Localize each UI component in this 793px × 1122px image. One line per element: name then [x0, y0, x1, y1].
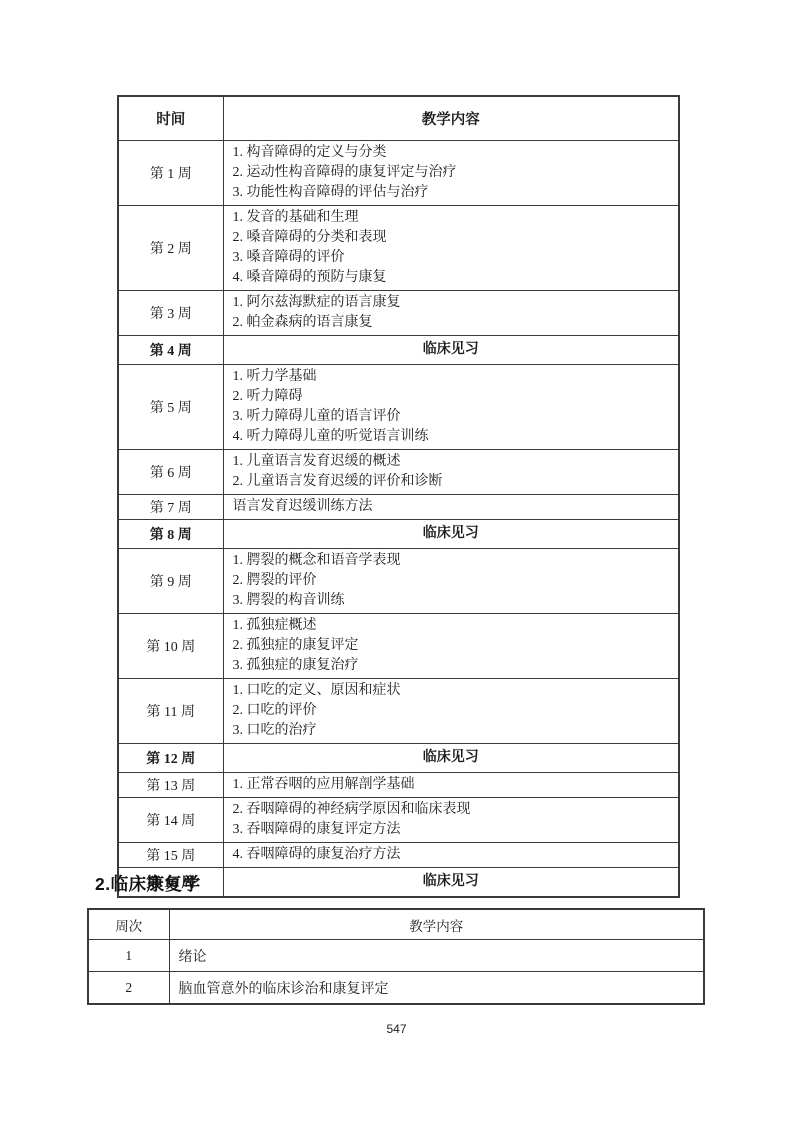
- table1-body: 第 1 周1. 构音障碍的定义与分类2. 运动性构音障碍的康复评定与治疗3. 功…: [118, 141, 679, 898]
- week-cell: 第 11 周: [118, 679, 223, 744]
- clinical-rehab-table: 周次 教学内容 1绪论2脑血管意外的临床诊治和康复评定: [87, 908, 705, 1005]
- week-cell: 第 7 周: [118, 495, 223, 520]
- content-cell: 临床见习: [223, 868, 679, 898]
- week-cell: 第 9 周: [118, 549, 223, 614]
- document-page: 时间 教学内容 第 1 周1. 构音障碍的定义与分类2. 运动性构音障碍的康复评…: [0, 0, 793, 1122]
- content-line: 3. 功能性构音障碍的评估与治疗: [233, 183, 670, 203]
- content-cell: 2. 吞咽障碍的神经病学原因和临床表现3. 吞咽障碍的康复评定方法: [223, 798, 679, 843]
- table-row: 第 10 周1. 孤独症概述2. 孤独症的康复评定3. 孤独症的康复治疗: [118, 614, 679, 679]
- content-line: 1. 阿尔兹海默症的语言康复: [233, 293, 670, 313]
- content-line: 1. 发音的基础和生理: [233, 208, 670, 228]
- content-line: 1. 听力学基础: [233, 367, 670, 387]
- content-line: 2. 运动性构音障碍的康复评定与治疗: [233, 163, 670, 183]
- table-row: 第 11 周1. 口吃的定义、原因和症状2. 口吃的评价3. 口吃的治疗: [118, 679, 679, 744]
- table-row: 第 8 周临床见习: [118, 520, 679, 549]
- page-number: 547: [0, 1022, 793, 1036]
- content-line: 1. 孤独症概述: [233, 616, 670, 636]
- content-cell: 1. 儿童语言发育迟缓的概述2. 儿童语言发育迟缓的评价和诊断: [223, 450, 679, 495]
- week-number-cell: 2: [88, 972, 169, 1005]
- content-line: 3. 孤独症的康复治疗: [233, 656, 670, 676]
- content-cell: 1. 口吃的定义、原因和症状2. 口吃的评价3. 口吃的治疗: [223, 679, 679, 744]
- content-line: 2. 嗓音障碍的分类和表现: [233, 228, 670, 248]
- content-line: 4. 吞咽障碍的康复治疗方法: [233, 845, 670, 865]
- table-row: 第 1 周1. 构音障碍的定义与分类2. 运动性构音障碍的康复评定与治疗3. 功…: [118, 141, 679, 206]
- content-column-header: 教学内容: [223, 96, 679, 141]
- content-line: 4. 听力障碍儿童的听觉语言训练: [233, 427, 670, 447]
- week-cell: 第 14 周: [118, 798, 223, 843]
- content-cell: 1. 听力学基础2. 听力障碍3. 听力障碍儿童的语言评价4. 听力障碍儿童的听…: [223, 365, 679, 450]
- table-row: 第 3 周1. 阿尔兹海默症的语言康复2. 帕金森病的语言康复: [118, 291, 679, 336]
- week-cell: 第 10 周: [118, 614, 223, 679]
- content-line: 1. 口吃的定义、原因和症状: [233, 681, 670, 701]
- week-cell: 第 4 周: [118, 336, 223, 365]
- week-cell: 第 15 周: [118, 843, 223, 868]
- content-line: 语言发育迟缓训练方法: [233, 497, 670, 517]
- table-row: 第 6 周1. 儿童语言发育迟缓的概述2. 儿童语言发育迟缓的评价和诊断: [118, 450, 679, 495]
- content-cell: 1. 腭裂的概念和语音学表现2. 腭裂的评价3. 腭裂的构音训练: [223, 549, 679, 614]
- table-row: 第 13 周1. 正常吞咽的应用解剖学基础: [118, 773, 679, 798]
- content-line: 4. 嗓音障碍的预防与康复: [233, 268, 670, 288]
- table-row: 第 9 周1. 腭裂的概念和语音学表现2. 腭裂的评价3. 腭裂的构音训练: [118, 549, 679, 614]
- week-cell: 第 13 周: [118, 773, 223, 798]
- content-line: 2. 腭裂的评价: [233, 571, 670, 591]
- week-cell: 第 8 周: [118, 520, 223, 549]
- content-cell: 1. 孤独症概述2. 孤独症的康复评定3. 孤独症的康复治疗: [223, 614, 679, 679]
- table-row: 第 14 周2. 吞咽障碍的神经病学原因和临床表现3. 吞咽障碍的康复评定方法: [118, 798, 679, 843]
- week-cell: 第 1 周: [118, 141, 223, 206]
- table-row: 第 5 周1. 听力学基础2. 听力障碍3. 听力障碍儿童的语言评价4. 听力障…: [118, 365, 679, 450]
- content-line: 3. 口吃的治疗: [233, 721, 670, 741]
- content-line: 3. 吞咽障碍的康复评定方法: [233, 820, 670, 840]
- content-line: 1. 正常吞咽的应用解剖学基础: [233, 775, 670, 795]
- week-number-cell: 1: [88, 940, 169, 972]
- content-line: 2. 儿童语言发育迟缓的评价和诊断: [233, 472, 670, 492]
- content-cell: 1. 正常吞咽的应用解剖学基础: [223, 773, 679, 798]
- table-row: 第 12 周临床见习: [118, 744, 679, 773]
- content-column-header: 教学内容: [169, 909, 704, 940]
- week-cell: 第 3 周: [118, 291, 223, 336]
- time-column-header: 时间: [118, 96, 223, 141]
- content-cell: 4. 吞咽障碍的康复治疗方法: [223, 843, 679, 868]
- table-row: 2脑血管意外的临床诊治和康复评定: [88, 972, 704, 1005]
- content-cell: 临床见习: [223, 744, 679, 773]
- content-line: 3. 听力障碍儿童的语言评价: [233, 407, 670, 427]
- week-cell: 第 2 周: [118, 206, 223, 291]
- content-line: 临床见习: [233, 870, 670, 894]
- week-cell: 第 12 周: [118, 744, 223, 773]
- content-cell: 1. 发音的基础和生理2. 嗓音障碍的分类和表现3. 嗓音障碍的评价4. 嗓音障…: [223, 206, 679, 291]
- content-line: 1. 构音障碍的定义与分类: [233, 143, 670, 163]
- content-cell: 临床见习: [223, 336, 679, 365]
- content-line: 2. 听力障碍: [233, 387, 670, 407]
- content-line: 2. 口吃的评价: [233, 701, 670, 721]
- content-line: 临床见习: [233, 746, 670, 770]
- content-line: 临床见习: [233, 338, 670, 362]
- content-cell: 临床见习: [223, 520, 679, 549]
- section-heading: 2.临床康复学: [95, 871, 201, 896]
- table-row: 第 7 周语言发育迟缓训练方法: [118, 495, 679, 520]
- table-row: 第 15 周4. 吞咽障碍的康复治疗方法: [118, 843, 679, 868]
- content-line: 2. 帕金森病的语言康复: [233, 313, 670, 333]
- table2-body: 1绪论2脑血管意外的临床诊治和康复评定: [88, 940, 704, 1005]
- table-row: 第 4 周临床见习: [118, 336, 679, 365]
- content-cell: 绪论: [169, 940, 704, 972]
- weekly-schedule-table: 时间 教学内容 第 1 周1. 构音障碍的定义与分类2. 运动性构音障碍的康复评…: [117, 95, 680, 898]
- content-cell: 脑血管意外的临床诊治和康复评定: [169, 972, 704, 1005]
- content-line: 3. 嗓音障碍的评价: [233, 248, 670, 268]
- content-line: 1. 腭裂的概念和语音学表现: [233, 551, 670, 571]
- content-cell: 1. 阿尔兹海默症的语言康复2. 帕金森病的语言康复: [223, 291, 679, 336]
- week-column-header: 周次: [88, 909, 169, 940]
- table-row: 第 2 周1. 发音的基础和生理2. 嗓音障碍的分类和表现3. 嗓音障碍的评价4…: [118, 206, 679, 291]
- content-cell: 1. 构音障碍的定义与分类2. 运动性构音障碍的康复评定与治疗3. 功能性构音障…: [223, 141, 679, 206]
- week-cell: 第 5 周: [118, 365, 223, 450]
- content-cell: 语言发育迟缓训练方法: [223, 495, 679, 520]
- table-row: 1绪论: [88, 940, 704, 972]
- content-line: 1. 儿童语言发育迟缓的概述: [233, 452, 670, 472]
- table-header-row: 时间 教学内容: [118, 96, 679, 141]
- week-cell: 第 6 周: [118, 450, 223, 495]
- content-line: 临床见习: [233, 522, 670, 546]
- content-line: 3. 腭裂的构音训练: [233, 591, 670, 611]
- table-header-row: 周次 教学内容: [88, 909, 704, 940]
- table-row: 第 16 周临床见习: [118, 868, 679, 898]
- content-line: 2. 孤独症的康复评定: [233, 636, 670, 656]
- content-line: 2. 吞咽障碍的神经病学原因和临床表现: [233, 800, 670, 820]
